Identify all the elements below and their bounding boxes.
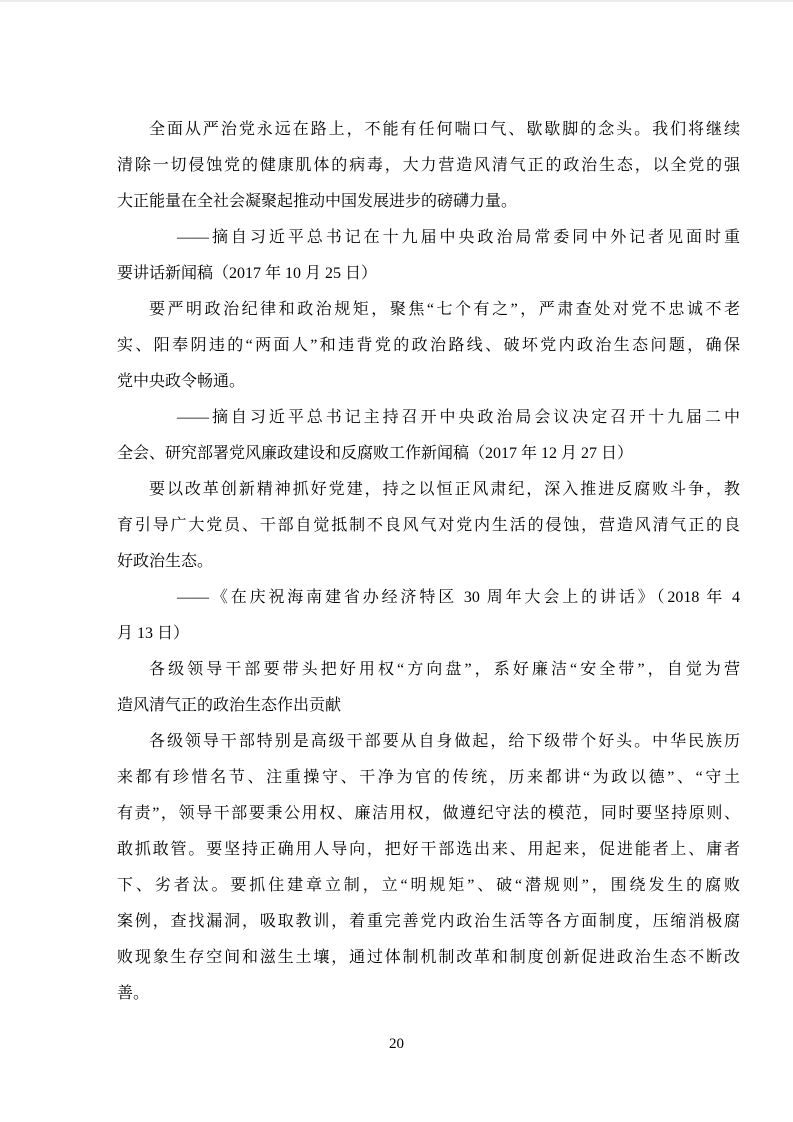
text-line: ——《在庆祝海南建省办经济特区 30 周年大会上的讲话》（2018 年 4 [117,580,740,616]
text-line: 造风清气正的政治生态作出贡献 [117,688,740,724]
text-line: 各级领导干部要带头把好用权“方向盘”，系好廉洁“安全带”，自觉为营 [117,652,740,688]
quote-attribution: ——摘自习近平总书记主持召开中央政治局会议决定召开十九届二中 全会、研究部署党风… [117,400,740,472]
text-line: 来都有珍惜名节、注重操守、干净为官的传统，历来都讲“为政以德”、“守土 [117,760,740,796]
paragraph-body: 各级领导干部特别是高级干部要从自身做起，给下级带个好头。中华民族历 来都有珍惜名… [117,724,740,1012]
page-top-edge [0,0,793,2]
text-line: 月 13 日） [117,616,740,652]
paragraph-body: 全面从严治党永远在路上，不能有任何喘口气、歇歇脚的念头。我们将继续 清除一切侵蚀… [117,112,740,220]
text-line: 有责”，领导干部要秉公用权、廉洁用权，做遵纪守法的模范，同时要坚持原则、 [117,796,740,832]
text-line: 实、阳奉阴违的“两面人”和违背党的政治路线、破坏党内政治生态问题，确保 [117,328,740,364]
text-line: 全会、研究部署党风廉政建设和反腐败工作新闻稿（2017 年 12 月 27 日） [117,436,740,472]
text-line: ——摘自习近平总书记在十九届中央政治局常委同中外记者见面时重 [117,220,740,256]
text-line: ——摘自习近平总书记主持召开中央政治局会议决定召开十九届二中 [117,400,740,436]
quote-attribution: ——《在庆祝海南建省办经济特区 30 周年大会上的讲话》（2018 年 4 月 … [117,580,740,652]
paragraph-body: 要严明政治纪律和政治规矩，聚焦“七个有之”，严肃查处对党不忠诚不老 实、阳奉阴违… [117,292,740,400]
section-heading: 各级领导干部要带头把好用权“方向盘”，系好廉洁“安全带”，自觉为营 造风清气正的… [117,652,740,724]
text-line: 各级领导干部特别是高级干部要从自身做起，给下级带个好头。中华民族历 [117,724,740,760]
text-line: 育引导广大党员、干部自觉抵制不良风气对党内生活的侵蚀，营造风清气正的良 [117,508,740,544]
text-line: 大正能量在全社会凝聚起推动中国发展进步的磅礴力量。 [117,184,740,220]
text-line: 案例，查找漏洞，吸取教训，着重完善党内政治生活等各方面制度，压缩消极腐 [117,904,740,940]
text-line: 要严明政治纪律和政治规矩，聚焦“七个有之”，严肃查处对党不忠诚不老 [117,292,740,328]
text-line: 败现象生存空间和滋生土壤，通过体制机制改革和制度创新促进政治生态不断改 [117,940,740,976]
text-line: 党中央政令畅通。 [117,364,740,400]
text-line: 全面从严治党永远在路上，不能有任何喘口气、歇歇脚的念头。我们将继续 [117,112,740,148]
text-block: 全面从严治党永远在路上，不能有任何喘口气、歇歇脚的念头。我们将继续 清除一切侵蚀… [117,112,740,1012]
paragraph-body: 要以改革创新精神抓好党建，持之以恒正风肃纪，深入推进反腐败斗争，教 育引导广大党… [117,472,740,580]
text-line: 善。 [117,976,740,1012]
text-line: 下、劣者汰。要抓住建章立制，立“明规矩”、破“潜规则”，围绕发生的腐败 [117,868,740,904]
document-page: 全面从严治党永远在路上，不能有任何喘口气、歇歇脚的念头。我们将继续 清除一切侵蚀… [0,0,793,1122]
text-line: 敢抓敢管。要坚持正确用人导向，把好干部选出来、用起来，促进能者上、庸者 [117,832,740,868]
page-number: 20 [0,1034,793,1054]
text-line: 要以改革创新精神抓好党建，持之以恒正风肃纪，深入推进反腐败斗争，教 [117,472,740,508]
text-line: 好政治生态。 [117,544,740,580]
quote-attribution: ——摘自习近平总书记在十九届中央政治局常委同中外记者见面时重 要讲话新闻稿（20… [117,220,740,292]
text-line: 清除一切侵蚀党的健康肌体的病毒，大力营造风清气正的政治生态，以全党的强 [117,148,740,184]
text-line: 要讲话新闻稿（2017 年 10 月 25 日） [117,256,740,292]
